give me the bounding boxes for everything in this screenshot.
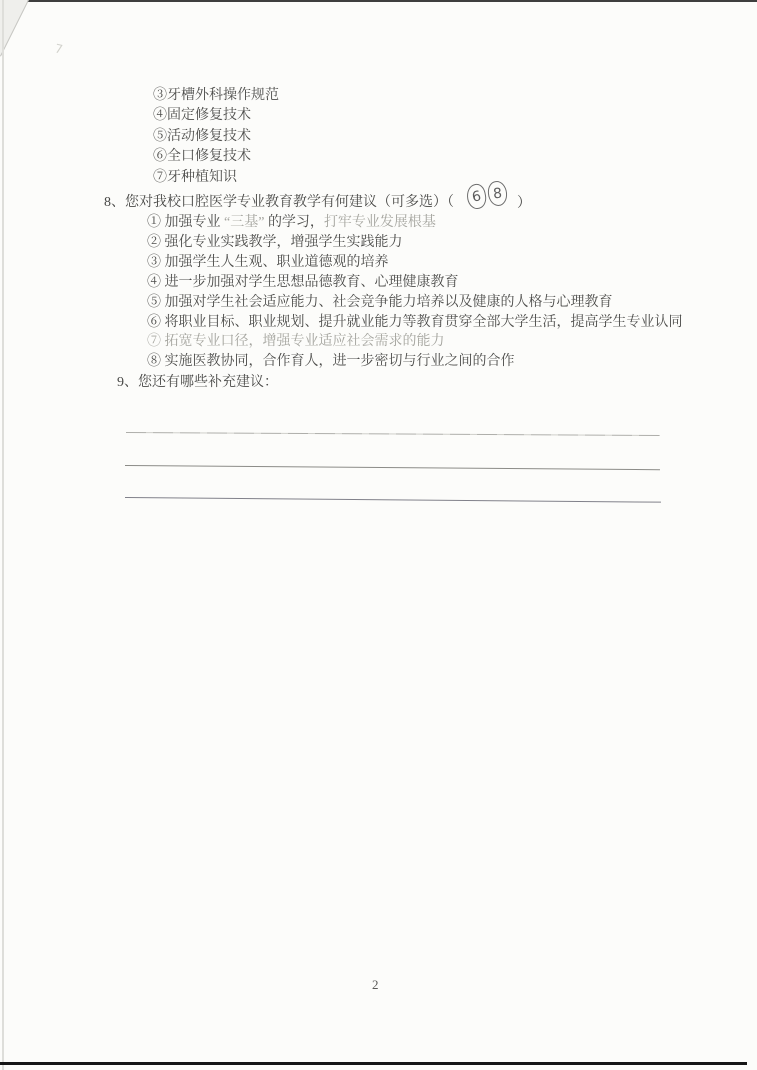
scan-left-edge-line — [2, 0, 4, 1070]
option-text-segment: ⑦ 拓宽专业口径，增强专业适应社会需求的能力 — [147, 334, 445, 349]
answer-blank-line-1 — [126, 432, 660, 436]
question9-text: 9、您还有哪些补充建议： — [117, 371, 278, 391]
question8-option: ⑦ 拓宽专业口径，增强专业适应社会需求的能力 — [147, 332, 683, 352]
scanned-page: 7 ③牙槽外科操作规范④固定修复技术⑤活动修复技术⑥全口修复技术⑦牙种植知识 8… — [0, 0, 757, 1070]
question7-option: ④固定修复技术 — [153, 106, 279, 126]
option-text-segment: ⑥ 将职业目标、职业规划、提升就业能力等教育贯穿全部大学生活，提高学生专业认同 — [147, 315, 683, 330]
question8-option: ⑥ 将职业目标、职业规划、提升就业能力等教育贯穿全部大学生活，提高学生专业认同 — [147, 313, 683, 333]
question8-option: ② 强化专业实践教学，增强学生实践能力 — [147, 233, 683, 253]
option-text-segment: ② 强化专业实践教学，增强学生实践能力 — [147, 235, 403, 250]
question7-option: ⑦牙种植知识 — [153, 168, 279, 188]
scan-top-edge — [26, 0, 757, 2]
question8-option: ⑤ 加强对学生社会适应能力、社会竞争能力培养以及健康的人格与心理教育 — [147, 293, 683, 313]
question7-option: ⑤活动修复技术 — [153, 127, 279, 147]
handwritten-circled-answer-8: 8 — [487, 180, 508, 207]
option-text-segment: 打牢专业发展根基 — [324, 215, 436, 230]
question7-option-list: ③牙槽外科操作规范④固定修复技术⑤活动修复技术⑥全口修复技术⑦牙种植知识 — [153, 86, 279, 188]
handwritten-circled-answer-6: 6 — [465, 182, 488, 210]
answer-blank-line-2 — [125, 465, 660, 471]
option-text-segment: ⑧ 实施医教协同，合作育人，进一步密切与行业之间的合作 — [147, 354, 515, 369]
question8-option: ⑧ 实施医教协同，合作育人，进一步密切与行业之间的合作 — [147, 352, 683, 372]
question8-option: ③ 加强学生人生观、职业道德观的培养 — [147, 253, 683, 273]
question8-close-paren: ） — [517, 192, 531, 212]
question7-option: ⑥全口修复技术 — [153, 147, 279, 167]
answer-blank-line-3 — [125, 497, 661, 503]
question8-option: ① 加强专业 “三基” 的学习，打牢专业发展根基 — [147, 213, 683, 233]
faint-pencil-mark: 7 — [54, 41, 64, 56]
scan-bottom-edge — [0, 1062, 747, 1065]
question8-option-list: ① 加强专业 “三基” 的学习，打牢专业发展根基② 强化专业实践教学，增强学生实… — [147, 213, 683, 372]
option-text-segment: ⑤ 加强对学生社会适应能力、社会竞争能力培养以及健康的人格与心理教育 — [147, 295, 613, 310]
question8-option: ④ 进一步加强对学生思想品德教育、心理健康教育 — [147, 273, 683, 293]
option-text-segment: ④ 进一步加强对学生思想品德教育、心理健康教育 — [147, 275, 459, 290]
option-text-segment: 的学习， — [264, 215, 324, 230]
page-number: 2 — [372, 977, 379, 993]
question7-option: ③牙槽外科操作规范 — [153, 86, 279, 106]
question8-text: 8、您对我校口腔医学专业教育教学有何建议（可多选）（ — [104, 191, 454, 211]
option-text-segment: “三基” — [224, 215, 264, 230]
option-text-segment: ① 加强专业 — [147, 215, 224, 230]
option-text-segment: ③ 加强学生人生观、职业道德观的培养 — [147, 255, 389, 270]
